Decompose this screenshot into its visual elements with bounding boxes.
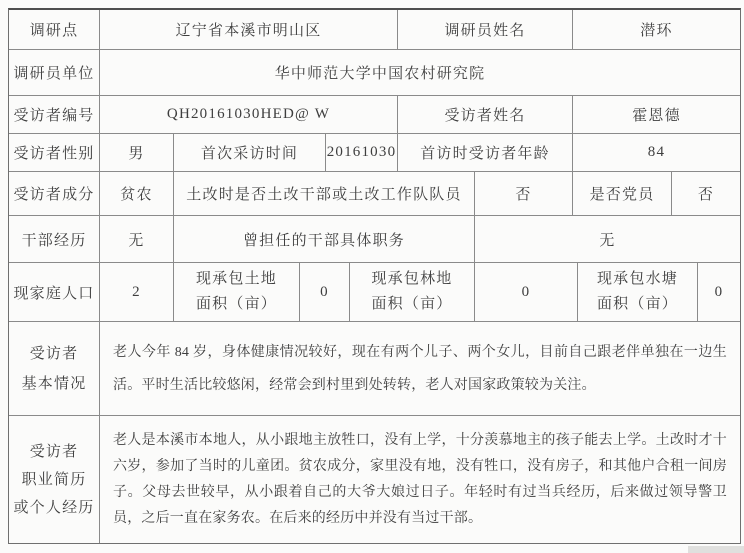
forestland-area-label-line-2: 面积（亩） [371, 292, 452, 317]
surveyor-name-value-text: 潜环 [640, 19, 672, 40]
respondent-name-value: 霍恩德 [573, 96, 740, 133]
basic-situation-label-line-2: 基本情况 [22, 369, 87, 399]
age-at-first-interview-value: 84 [573, 134, 740, 171]
respondent-id-value: QH20161030HED@ W [100, 96, 398, 133]
survey-point-label-text: 调研点 [30, 19, 79, 40]
age-at-first-interview-value-text: 84 [648, 144, 665, 161]
land-reform-cadre-value: 否 [475, 172, 573, 215]
row-cadre-experience: 干部经历无曾担任的干部具体职务无 [9, 216, 740, 263]
party-member-value-text: 否 [698, 183, 714, 204]
surveyor-unit-label-text: 调研员单位 [13, 62, 94, 83]
household-size-value: 2 [100, 263, 174, 321]
respondent-id-label: 受访者编号 [9, 96, 100, 133]
respondent-id-label-text: 受访者编号 [13, 104, 94, 125]
pond-area-value-text: 0 [715, 284, 724, 301]
land-reform-cadre-value-text: 否 [515, 183, 531, 204]
surveyor-unit-value-text: 华中师范大学中国农村研究院 [275, 62, 486, 83]
basic-situation-label-line-1: 受访者 [30, 339, 79, 369]
row-respondent-id: 受访者编号QH20161030HED@ W受访者姓名霍恩德 [9, 96, 740, 134]
career-label-line-3: 或个人经历 [13, 494, 94, 522]
surveyor-name-label: 调研员姓名 [398, 10, 573, 49]
pond-area-value: 0 [698, 263, 740, 321]
row-basic-situation: 受访者基本情况老人今年 84 岁，身体健康情况较好，现在有两个儿子、两个女儿，目… [9, 322, 740, 416]
career-label: 受访者职业简历或个人经历 [9, 416, 100, 543]
cadre-position-label: 曾担任的干部具体职务 [174, 216, 475, 262]
pond-area-label-line-1: 现承包水塘 [597, 267, 678, 292]
cadre-position-value-text: 无 [599, 229, 615, 250]
row-career: 受访者职业简历或个人经历老人是本溪市本地人，从小跟地主放牲口，没有上学，十分羡慕… [9, 416, 740, 543]
age-at-first-interview-label: 首访时受访者年龄 [398, 134, 573, 171]
respondent-class-label-text: 受访者成分 [13, 183, 94, 204]
surveyor-unit-value: 华中师范大学中国农村研究院 [100, 50, 740, 95]
survey-table: 调研点辽宁省本溪市明山区调研员姓名潜环调研员单位华中师范大学中国农村研究院受访者… [8, 8, 741, 544]
forestland-area-label-line-1: 现承包林地 [371, 267, 452, 292]
survey-point-value: 辽宁省本溪市明山区 [100, 10, 398, 49]
household-size-label: 现家庭人口 [9, 263, 100, 321]
respondent-gender-label-text: 受访者性别 [13, 142, 94, 163]
career-label-line-2: 职业简历 [22, 466, 87, 494]
first-interview-date-label-text: 首次采访时间 [201, 142, 298, 163]
party-member-value: 否 [672, 172, 740, 215]
farmland-area-label-line-1: 现承包土地 [196, 267, 277, 292]
respondent-name-value-text: 霍恩德 [632, 104, 681, 125]
first-interview-date-value-text: 20161030 [327, 144, 397, 161]
farmland-area-value-text: 0 [320, 284, 329, 301]
farmland-area-label-line-2: 面积（亩） [196, 292, 277, 317]
respondent-class-label: 受访者成分 [9, 172, 100, 215]
respondent-id-value-text: QH20161030HED@ W [167, 106, 330, 123]
career-text: 老人是本溪市本地人，从小跟地主放牲口，没有上学，十分羡慕地主的孩子能去上学。土改… [100, 416, 740, 543]
forestland-area-label: 现承包林地面积（亩） [350, 263, 475, 321]
respondent-gender-label: 受访者性别 [9, 134, 100, 171]
respondent-class-value-text: 贫农 [120, 183, 152, 204]
pond-area-label-line-2: 面积（亩） [597, 292, 678, 317]
basic-situation-text-text: 老人今年 84 岁，身体健康情况较好，现在有两个儿子、两个女儿，目前自己跟老伴单… [113, 336, 727, 402]
scanned-survey-form-page: 调研点辽宁省本溪市明山区调研员姓名潜环调研员单位华中师范大学中国农村研究院受访者… [0, 0, 744, 553]
respondent-name-label-text: 受访者姓名 [444, 104, 525, 125]
row-household: 现家庭人口2现承包土地面积（亩）0现承包林地面积（亩）0现承包水塘面积（亩）0 [9, 263, 740, 322]
scan-edge-artifact [688, 546, 744, 553]
surveyor-name-label-text: 调研员姓名 [444, 19, 525, 40]
respondent-gender-value: 男 [100, 134, 174, 171]
household-size-label-text: 现家庭人口 [13, 282, 94, 303]
cadre-experience-label-text: 干部经历 [22, 229, 87, 250]
row-respondent-class: 受访者成分贫农土改时是否土改干部或土改工作队队员否是否党员否 [9, 172, 740, 216]
first-interview-date-label: 首次采访时间 [174, 134, 326, 171]
cadre-experience-label: 干部经历 [9, 216, 100, 262]
basic-situation-text: 老人今年 84 岁，身体健康情况较好，现在有两个儿子、两个女儿，目前自己跟老伴单… [100, 322, 740, 415]
farmland-area-label: 现承包土地面积（亩） [174, 263, 300, 321]
row-surveyor-unit: 调研员单位华中师范大学中国农村研究院 [9, 50, 740, 96]
first-interview-date-value: 20161030 [326, 134, 398, 171]
respondent-class-value: 贫农 [100, 172, 174, 215]
basic-situation-label: 受访者基本情况 [9, 322, 100, 415]
party-member-label-text: 是否党员 [590, 183, 655, 204]
surveyor-name-value: 潜环 [573, 10, 740, 49]
household-size-value-text: 2 [132, 284, 141, 301]
survey-point-label: 调研点 [9, 10, 100, 49]
pond-area-label: 现承包水塘面积（亩） [578, 263, 698, 321]
age-at-first-interview-label-text: 首访时受访者年龄 [420, 142, 550, 163]
forestland-area-value-text: 0 [522, 284, 531, 301]
land-reform-cadre-label: 土改时是否土改干部或土改工作队队员 [174, 172, 475, 215]
survey-point-value-text: 辽宁省本溪市明山区 [176, 19, 322, 40]
row-survey-point: 调研点辽宁省本溪市明山区调研员姓名潜环 [9, 10, 740, 50]
cadre-position-label-text: 曾担任的干部具体职务 [243, 229, 405, 250]
party-member-label: 是否党员 [573, 172, 672, 215]
respondent-name-label: 受访者姓名 [398, 96, 573, 133]
cadre-experience-value: 无 [100, 216, 174, 262]
cadre-position-value: 无 [475, 216, 740, 262]
respondent-gender-value-text: 男 [128, 142, 144, 163]
career-label-line-1: 受访者 [30, 438, 79, 466]
row-respondent-gender: 受访者性别男首次采访时间20161030首访时受访者年龄84 [9, 134, 740, 172]
surveyor-unit-label: 调研员单位 [9, 50, 100, 95]
cadre-experience-value-text: 无 [128, 229, 144, 250]
land-reform-cadre-label-text: 土改时是否土改干部或土改工作队队员 [186, 183, 461, 204]
forestland-area-value: 0 [475, 263, 578, 321]
farmland-area-value: 0 [300, 263, 350, 321]
career-text-text: 老人是本溪市本地人，从小跟地主放牲口，没有上学，十分羡慕地主的孩子能去上学。土改… [113, 428, 727, 532]
